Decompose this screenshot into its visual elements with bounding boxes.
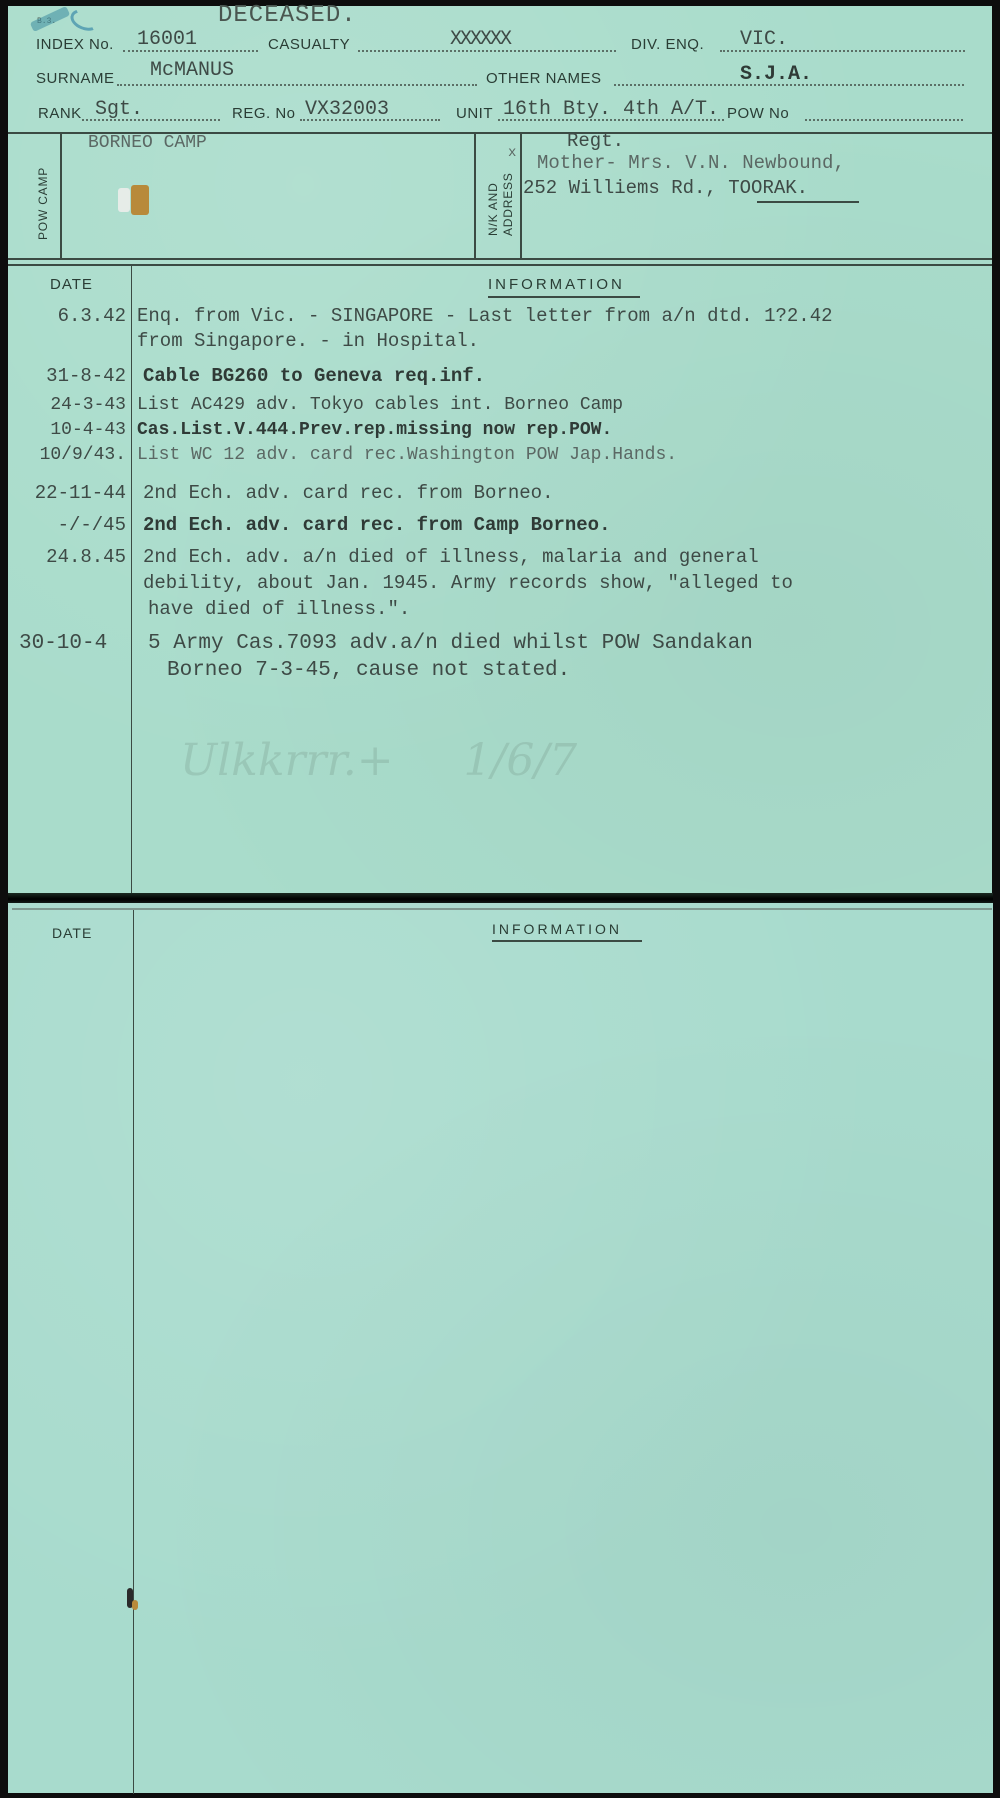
log-entry-text: from Singapore. - in Hospital. <box>137 330 479 352</box>
reverse-information-header: INFORMATION <box>492 921 622 937</box>
staple-hole <box>118 188 130 212</box>
surname-label: SURNAME <box>36 70 115 87</box>
information-header: INFORMATION <box>488 276 625 293</box>
casualty-line <box>358 50 616 52</box>
index-no-label: INDEX No. <box>36 36 114 53</box>
date-header: DATE <box>50 276 93 293</box>
reg-no-label: REG. No <box>232 105 296 122</box>
index-card-reverse <box>8 903 993 1793</box>
nok-divider-right <box>520 133 522 258</box>
div-enq-label: DIV. ENQ. <box>631 36 704 53</box>
other-names-line <box>614 84 964 86</box>
log-entry-date: 24.8.45 <box>8 546 126 568</box>
pow-camp-divider <box>60 133 62 258</box>
div-enq-value: VIC. <box>740 28 788 51</box>
log-entry-date: 22-11-44 <box>8 482 126 504</box>
staple-rust-mark <box>131 185 149 215</box>
index-no-value: 16001 <box>137 28 197 51</box>
reverse-top-rule <box>12 908 992 910</box>
unit-line <box>498 119 724 121</box>
deceased-stamp: DECEASED. <box>218 2 357 29</box>
reverse-date-column-divider <box>133 910 134 1794</box>
pow-camp-value: BORNEO CAMP <box>88 133 207 153</box>
box-bottom-rule-2 <box>8 264 992 266</box>
nok-divider-left <box>474 133 476 258</box>
log-entry-date: 24-3-43 <box>8 395 126 415</box>
log-entry-date: 31-8-42 <box>8 365 126 387</box>
pow-no-line <box>805 119 963 121</box>
unit-value: 16th Bty. 4th A/T. <box>503 98 719 121</box>
log-entry-text: Enq. from Vic. - SINGAPORE - Last letter… <box>137 305 833 327</box>
reg-no-value: VX32003 <box>305 98 389 121</box>
other-names-value: S.J.A. <box>740 63 812 86</box>
log-entry-date: -/-/45 <box>8 514 126 536</box>
index-no-line <box>123 50 258 52</box>
nok-label-line2: ADDRESS <box>501 172 515 236</box>
information-header-underline <box>488 296 640 298</box>
nok-label-line1: N/K AND <box>486 182 500 236</box>
date-column-divider <box>131 266 132 894</box>
log-entry-date: 10-4-43 <box>8 420 126 440</box>
casualty-value: XXXXXX <box>450 28 510 51</box>
faint-pencil-note: Ulkkrrr.+ 1/6/7 <box>180 735 577 786</box>
casualty-label: CASUALTY <box>268 36 350 53</box>
rank-label: RANK <box>38 105 82 122</box>
surname-line <box>117 84 477 86</box>
nok-x-mark: x <box>508 145 516 161</box>
nok-line-2: Mother- Mrs. V.N. Newbound, <box>537 152 845 174</box>
staple-rust-reverse <box>132 1600 138 1610</box>
log-entry-date: 6.3.42 <box>8 305 126 327</box>
log-entry-text: 2nd Ech. adv. card rec. from Camp Borneo… <box>143 514 610 536</box>
pow-camp-label: POW CAMP <box>36 167 50 240</box>
nok-line-1: Regt. <box>567 130 624 152</box>
log-entry-date: 30-10-4 <box>19 632 107 655</box>
log-entry-text: List AC429 adv. Tokyo cables int. Borneo… <box>137 395 623 415</box>
rank-value: Sgt. <box>95 98 143 121</box>
log-entry-text: 2nd Ech. adv. card rec. from Borneo. <box>143 482 553 504</box>
log-entry-text: Cas.List.V.444.Prev.rep.missing now rep.… <box>137 420 612 440</box>
log-entry-text: have died of illness.". <box>148 598 410 620</box>
log-entry-date: 10/9/43. <box>8 445 126 465</box>
rank-line <box>82 119 220 121</box>
log-entry-text: 2nd Ech. adv. a/n died of illness, malar… <box>143 546 759 568</box>
log-entry-text: List WC 12 adv. card rec.Washington POW … <box>137 445 677 465</box>
other-names-label: OTHER NAMES <box>486 70 602 87</box>
reverse-date-header: DATE <box>52 925 92 941</box>
reverse-information-header-underline <box>492 940 642 942</box>
log-entry-text: Borneo 7-3-45, cause not stated. <box>167 659 570 682</box>
log-entry-text: Cable BG260 to Geneva req.inf. <box>143 365 485 387</box>
pow-no-label: POW No <box>727 105 789 122</box>
nok-line-3: 252 Williems Rd., TOORAK. <box>523 177 808 199</box>
div-enq-line <box>720 50 965 52</box>
box-bottom-rule-1 <box>8 258 992 260</box>
toorak-underline <box>757 201 859 203</box>
log-entry-text: debility, about Jan. 1945. Army records … <box>143 572 793 594</box>
surname-value: McMANUS <box>150 59 234 82</box>
unit-label: UNIT <box>456 105 493 122</box>
reg-no-line <box>300 119 440 121</box>
log-entry-text: 5 Army Cas.7093 adv.a/n died whilst POW … <box>148 632 753 655</box>
